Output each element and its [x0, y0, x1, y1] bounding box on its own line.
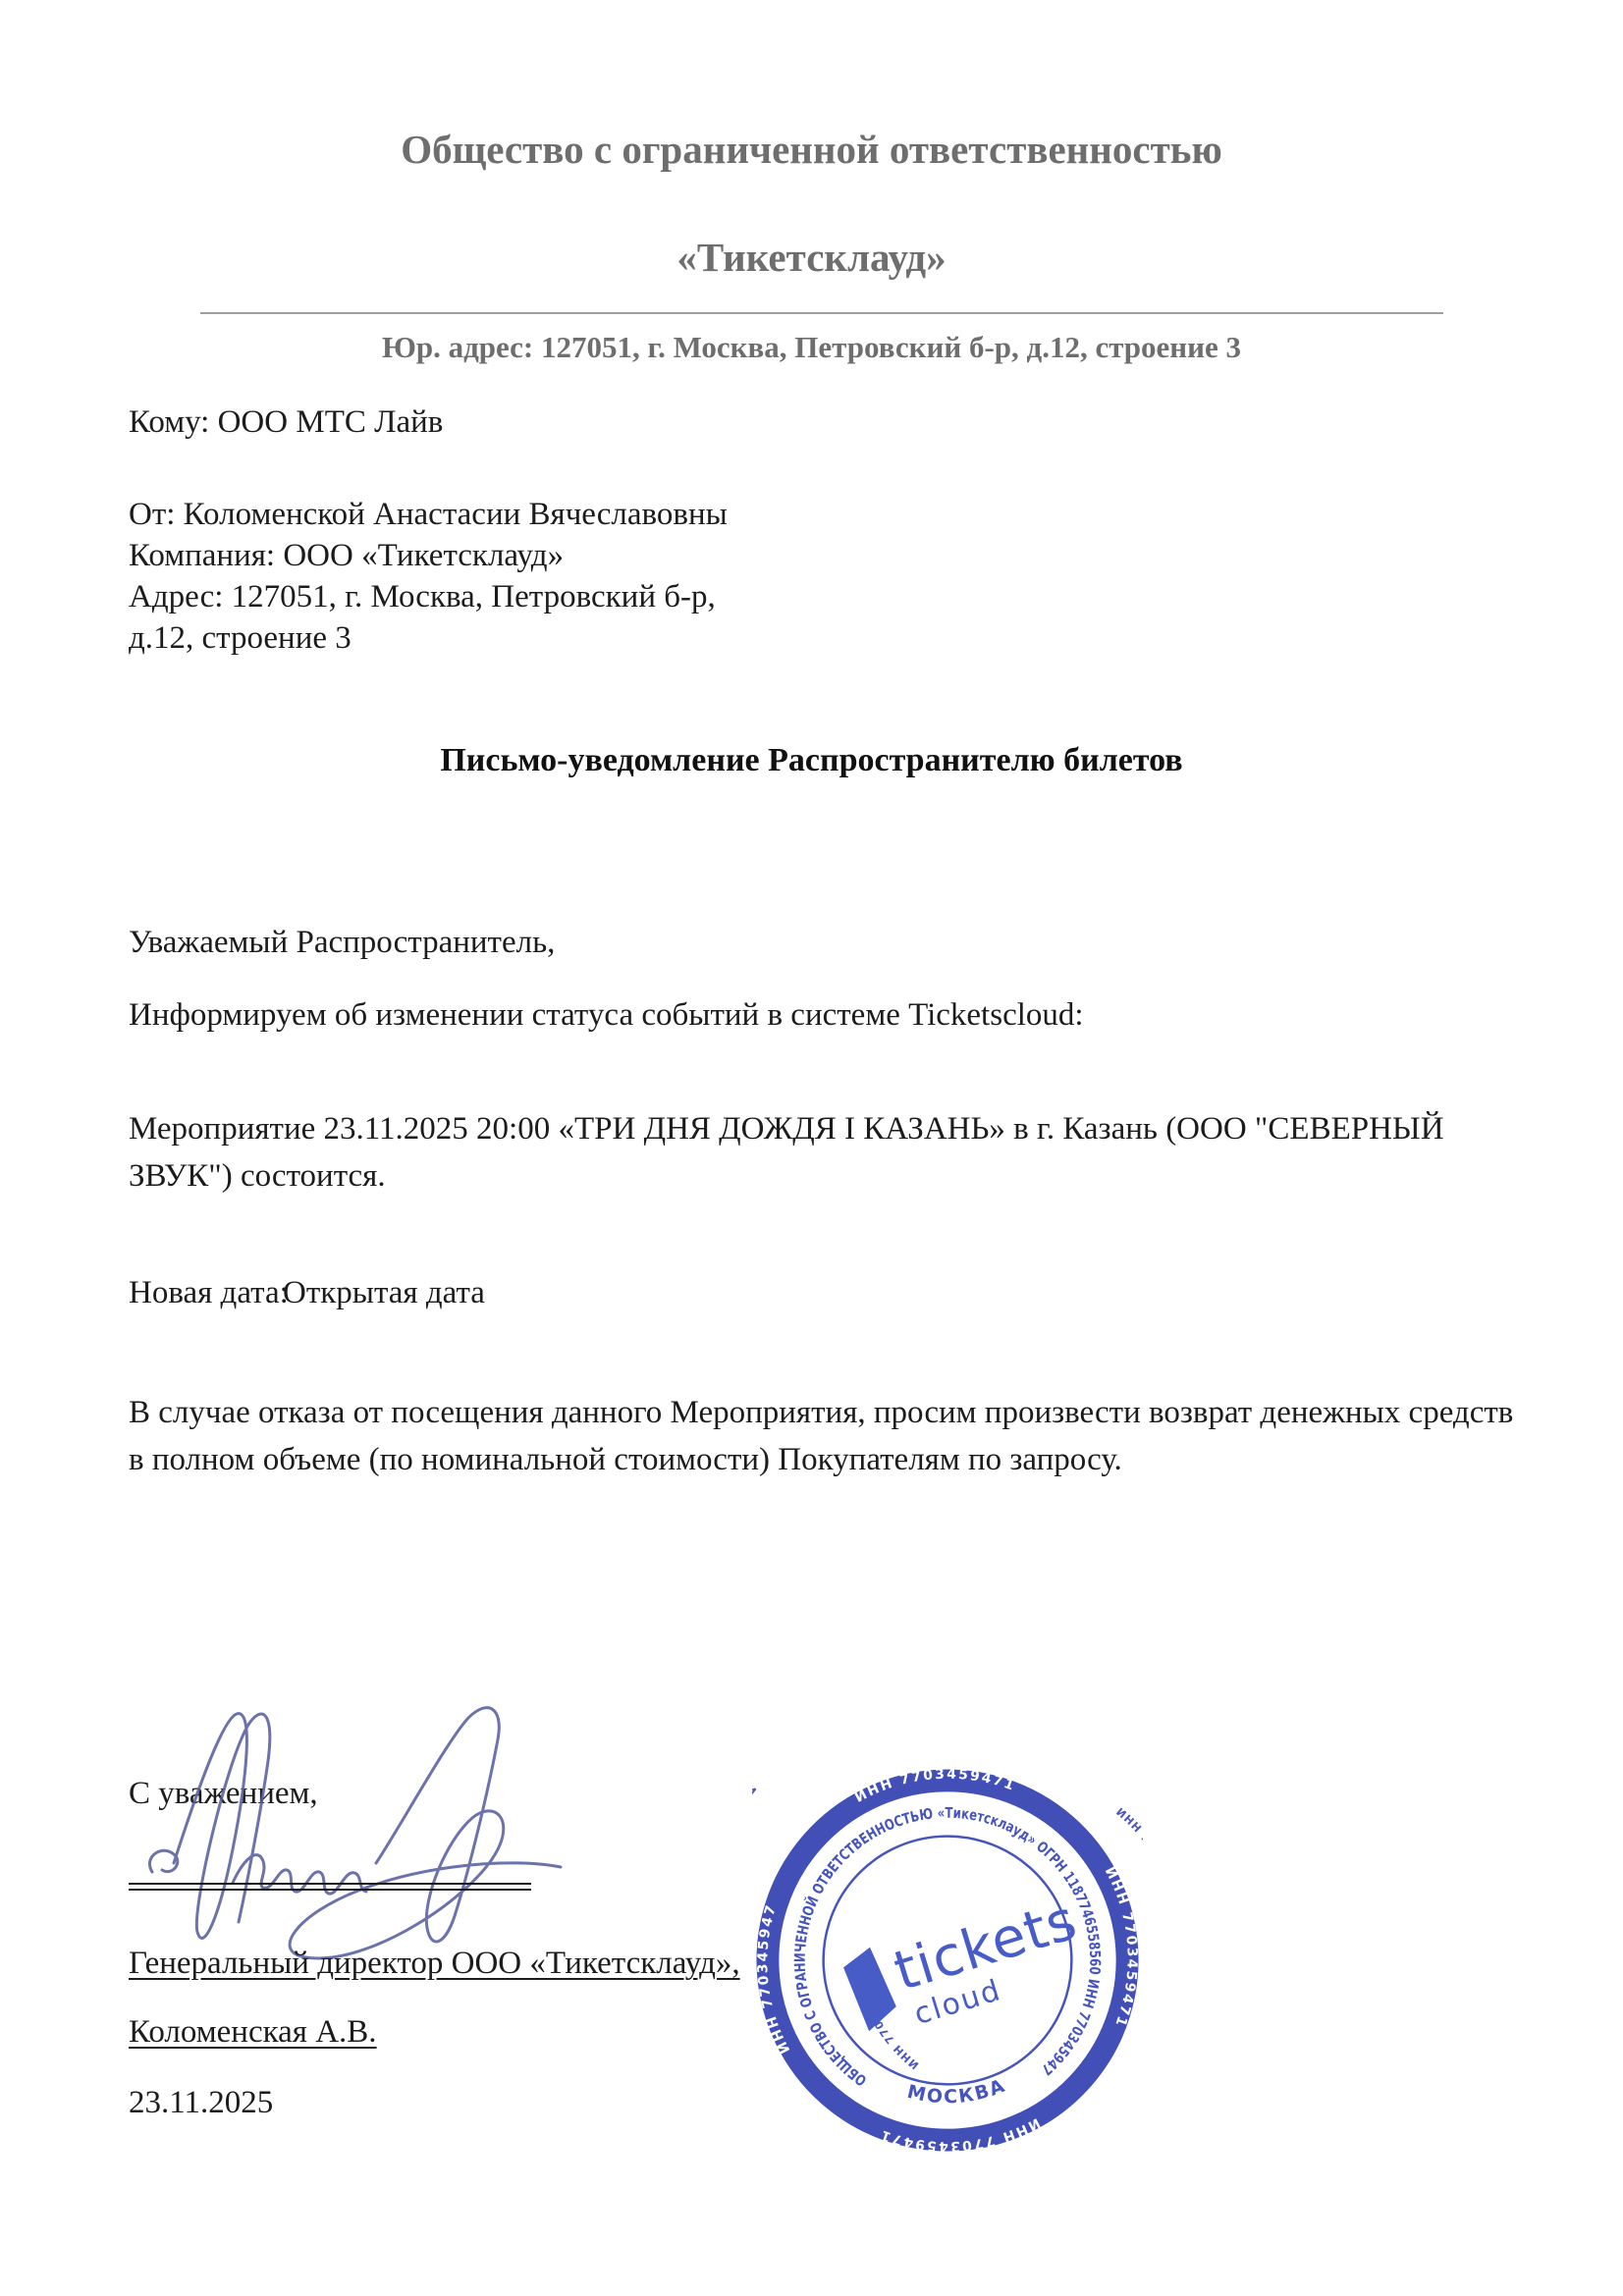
refund-line1: В случае отказа от посещения данного Мер… — [129, 1395, 1513, 1431]
letterhead-legal-address: Юр. адрес: 127051, г. Москва, Петровский… — [0, 330, 1623, 365]
signer-name-line: Коломенская А.В. — [129, 2014, 377, 2051]
letter-page: Общество с ограниченной ответственностью… — [0, 0, 1623, 2296]
new-date-value: Открытая дата — [283, 1275, 485, 1311]
company-stamp: ИНН 7703459471 ИНН 7703459471 ИНН 770345… — [752, 1765, 1143, 2156]
event-status-line1: Мероприятие 23.11.2025 20:00 «ТРИ ДНЯ ДО… — [129, 1111, 1444, 1148]
sender-address-line2: д.12, строение 3 — [129, 620, 352, 657]
svg-text:ИНН 7703459471: ИНН 7703459471 — [752, 1765, 794, 2058]
signer-position-line: Генеральный директор ООО «Тикетсклауд», — [129, 1946, 740, 1982]
letter-title: Письмо-уведомление Распространителю биле… — [0, 742, 1623, 779]
event-status-line2: ЗВУК") состоится. — [129, 1158, 386, 1195]
signature-line — [129, 1883, 531, 1891]
sender-from-line: От: Коломенской Анастасии Вячеславовны — [129, 497, 728, 533]
stamp-band-text-left: ИНН 7703459471 — [752, 1765, 794, 2058]
signature-scrawl-icon — [123, 1690, 594, 1985]
letter-date: 23.11.2025 — [129, 2085, 273, 2121]
recipient-line: Кому: ООО МТС Лайв — [129, 404, 443, 441]
letterhead-org-type: Общество с ограниченной ответственностью — [0, 126, 1623, 173]
letterhead-org-name: «Тикетсклауд» — [0, 234, 1623, 281]
refund-line2: в полном объеме (по номинальной стоимост… — [129, 1442, 1122, 1478]
letterhead-divider — [200, 312, 1443, 314]
intro-line: Информируем об изменении статуса событий… — [129, 997, 1084, 1034]
new-date-label: Новая дата: — [129, 1275, 289, 1311]
sender-company-line: Компания: ООО «Тикетсклауд» — [129, 538, 564, 574]
stamp-inn-text-sw: ИНН 7703459471 — [752, 1765, 760, 1801]
sender-address-line1: Адрес: 127051, г. Москва, Петровский б-р… — [129, 579, 716, 615]
greeting-line: Уважаемый Распространитель, — [129, 925, 555, 961]
svg-text:ИНН 7703459471: ИНН 7703459471 — [752, 1765, 760, 1801]
